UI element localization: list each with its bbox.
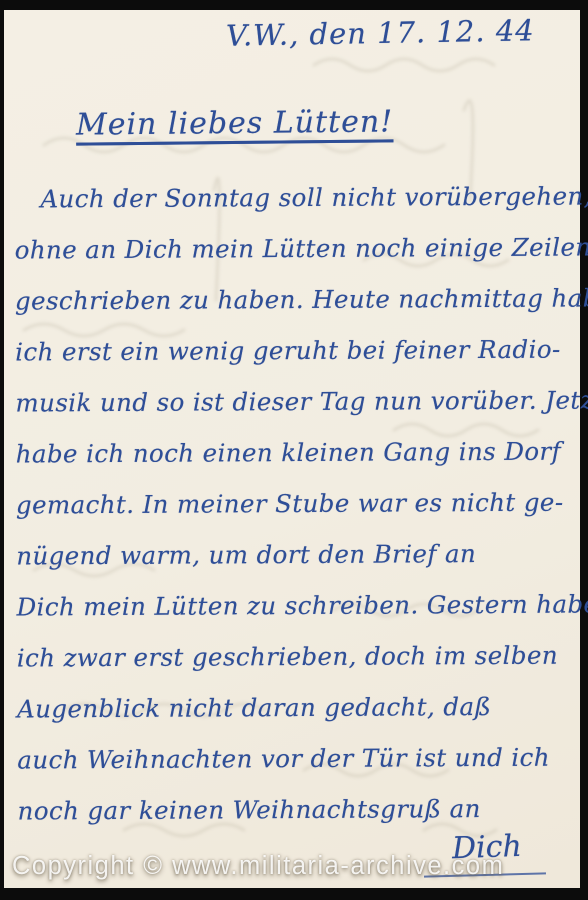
body-line: ich erst ein wenig geruht bei feiner Rad… [15, 324, 579, 378]
body-line: ohne an Dich mein Lütten noch einige Zei… [15, 222, 579, 276]
body-line: musik und so ist dieser Tag nun vorüber.… [15, 375, 579, 429]
letter-body: Auch der Sonntag soll nicht vorübergehen… [14, 171, 581, 837]
scanned-letter-image: V.W., den 17. 12. 44 Mein liebes Lütten!… [0, 0, 588, 900]
body-line: nügend warm, um dort den Brief an [16, 528, 580, 582]
salutation: Mein liebes Lütten! [76, 104, 394, 142]
letter-paper: V.W., den 17. 12. 44 Mein liebes Lütten!… [4, 10, 580, 888]
body-line: Dich mein Lütten zu schreiben. Gestern h… [16, 579, 580, 633]
body-line: Auch der Sonntag soll nicht vorübergehen… [40, 171, 578, 225]
body-line: habe ich noch einen kleinen Gang ins Dor… [16, 426, 580, 480]
copyright-watermark: Copyright © www.militaria-archive.com [12, 852, 504, 881]
body-line: geschrieben zu haben. Heute nachmittag h… [15, 273, 579, 327]
body-line: Augenblick nicht daran gedacht, daß [17, 681, 581, 735]
date-line: V.W., den 17. 12. 44 [226, 13, 535, 52]
body-line: noch gar keinen Weihnachtsgruß an [17, 783, 581, 837]
body-line: gemacht. In meiner Stube war es nicht ge… [16, 477, 580, 531]
body-line: auch Weihnachten vor der Tür ist und ich [17, 732, 581, 786]
body-line: ich zwar erst geschrieben, doch im selbe… [17, 630, 581, 684]
